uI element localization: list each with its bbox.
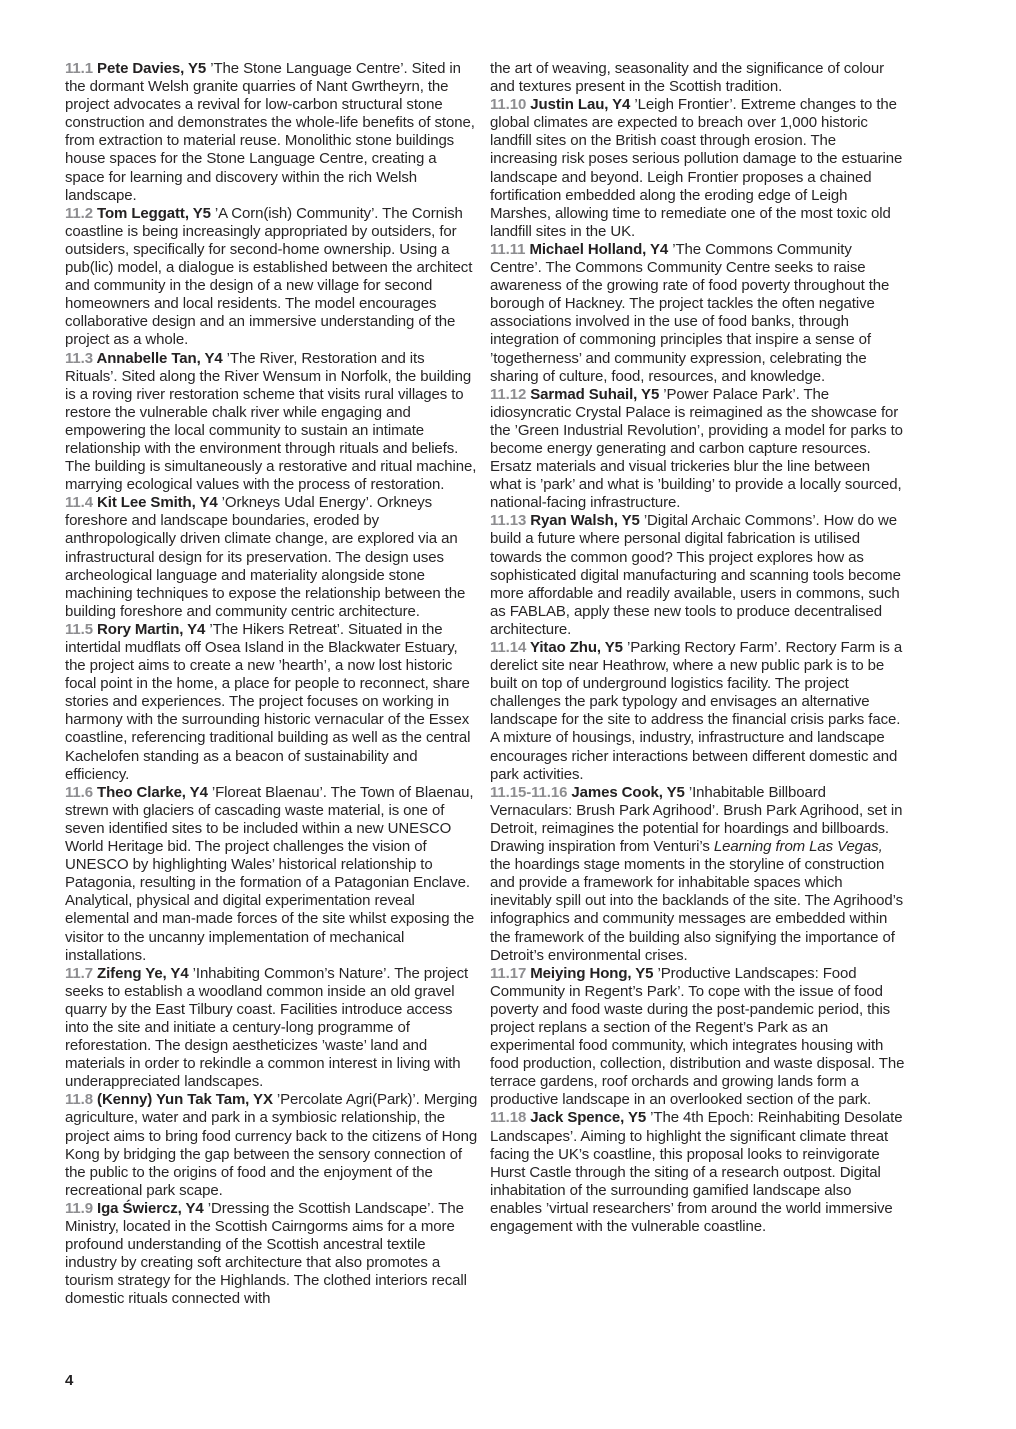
student-name: Tom Leggatt, Y5 [97, 205, 215, 222]
student-name: Yitao Zhu, Y5 [530, 639, 627, 656]
entry-number: 11.10 [490, 96, 530, 113]
entry-text-italic: Learning from Las Vegas, [714, 838, 883, 855]
entry-number: 11.17 [490, 965, 530, 982]
entry-paragraph: 11.10 Justin Lau, Y4 ’Leigh Frontier’. E… [490, 96, 905, 241]
entry-number: 11.1 [65, 60, 97, 77]
student-name: Theo Clarke, Y4 [97, 784, 212, 801]
entry-paragraph: 11.14 Yitao Zhu, Y5 ’Parking Rectory Far… [490, 639, 905, 784]
entry-number: 11.7 [65, 965, 97, 982]
entry-text: ’Leigh Frontier’. Extreme changes to the… [490, 96, 902, 240]
page-number: 4 [65, 1372, 73, 1389]
entry-paragraph: 11.8 (Kenny) Yun Tak Tam, YX ’Percolate … [65, 1091, 480, 1200]
entry-text: ’A Corn(ish) Community’. The Cornish coa… [65, 205, 472, 349]
entry-paragraph: 11.3 Annabelle Tan, Y4 ’The River, Resto… [65, 350, 480, 495]
student-name: Pete Davies, Y5 [97, 60, 210, 77]
entry-paragraph: 11.13 Ryan Walsh, Y5 ’Digital Archaic Co… [490, 512, 905, 639]
entry-paragraph: 11.4 Kit Lee Smith, Y4 ’Orkneys Udal Ene… [65, 494, 480, 621]
entry-paragraph: 11.12 Sarmad Suhail, Y5 ’Power Palace Pa… [490, 386, 905, 513]
entry-paragraph: the art of weaving, seasonality and the … [490, 60, 905, 96]
entry-text: ’The 4th Epoch: Reinhabiting Desolate La… [490, 1109, 902, 1235]
entry-paragraph: 11.2 Tom Leggatt, Y5 ’A Corn(ish) Commun… [65, 205, 480, 350]
entry-text: ’Parking Rectory Farm’. Rectory Farm is … [490, 639, 902, 783]
student-name: Ryan Walsh, Y5 [530, 512, 644, 529]
entry-text: ’Inhabiting Common’s Nature’. The projec… [65, 965, 468, 1091]
entry-number: 11.13 [490, 512, 530, 529]
text-column-left: 11.1 Pete Davies, Y5 ’The Stone Language… [65, 60, 480, 1308]
entry-text: ’The Stone Language Centre’. Sited in th… [65, 60, 475, 204]
entry-paragraph: 11.11 Michael Holland, Y4 ’The Commons C… [490, 241, 905, 386]
entry-paragraph: 11.1 Pete Davies, Y5 ’The Stone Language… [65, 60, 480, 205]
student-name: Annabelle Tan, Y4 [96, 350, 226, 367]
entry-number: 11.12 [490, 386, 530, 403]
entry-paragraph: 11.7 Zifeng Ye, Y4 ’Inhabiting Common’s … [65, 965, 480, 1092]
entry-number: 11.15-11.16 [490, 784, 571, 801]
entry-number: 11.18 [490, 1109, 530, 1126]
student-name: Rory Martin, Y4 [97, 621, 209, 638]
entry-number: 11.11 [490, 241, 529, 258]
entry-paragraph: 11.6 Theo Clarke, Y4 ’Floreat Blaenau’. … [65, 784, 480, 965]
student-name: Meiying Hong, Y5 [530, 965, 657, 982]
entry-paragraph: 11.18 Jack Spence, Y5 ’The 4th Epoch: Re… [490, 1109, 905, 1236]
entry-number: 11.4 [65, 494, 97, 511]
entry-paragraph: 11.5 Rory Martin, Y4 ’The Hikers Retreat… [65, 621, 480, 784]
entry-paragraph: 11.9 Iga Świercz, Y4 ’Dressing the Scott… [65, 1200, 480, 1309]
entry-text: the hoardings stage moments in the story… [490, 856, 903, 963]
entry-text: ’Floreat Blaenau’. The Town of Blaenau, … [65, 784, 474, 964]
entry-text: ’The Hikers Retreat’. Situated in the in… [65, 621, 470, 783]
student-name: Zifeng Ye, Y4 [97, 965, 193, 982]
entry-text: ’Digital Archaic Commons’. How do we bui… [490, 512, 901, 638]
student-name: Kit Lee Smith, Y4 [97, 494, 222, 511]
entry-number: 11.14 [490, 639, 530, 656]
student-name: Justin Lau, Y4 [530, 96, 634, 113]
entry-number: 11.3 [65, 350, 96, 367]
entry-number: 11.6 [65, 784, 97, 801]
student-name: Jack Spence, Y5 [530, 1109, 650, 1126]
entry-paragraph: 11.15-11.16 James Cook, Y5 ’Inhabitable … [490, 784, 905, 965]
entry-paragraph: 11.17 Meiying Hong, Y5 ’Productive Lands… [490, 965, 905, 1110]
student-name: Michael Holland, Y4 [529, 241, 672, 258]
entry-number: 11.9 [65, 1200, 97, 1217]
student-name: Sarmad Suhail, Y5 [530, 386, 663, 403]
entry-number: 11.8 [65, 1091, 97, 1108]
student-name: Iga Świercz, Y4 [97, 1200, 208, 1217]
entry-number: 11.2 [65, 205, 97, 222]
entry-text: ’Power Palace Park’. The idiosyncratic C… [490, 386, 903, 512]
entry-text: ’Orkneys Udal Energy’. Orkneys foreshore… [65, 494, 465, 620]
entry-number: 11.5 [65, 621, 97, 638]
document-page-body: 11.1 Pete Davies, Y5 ’The Stone Language… [65, 60, 905, 1308]
entry-text: ’The River, Restoration and its Rituals’… [65, 350, 476, 494]
entry-text: ’Productive Landscapes: Food Community i… [490, 965, 904, 1109]
student-name: James Cook, Y5 [571, 784, 688, 801]
text-column-right: the art of weaving, seasonality and the … [490, 60, 905, 1308]
entry-text: ’The Commons Community Centre’. The Comm… [490, 241, 889, 385]
entry-text: the art of weaving, seasonality and the … [490, 60, 884, 95]
student-name: (Kenny) Yun Tak Tam, YX [97, 1091, 277, 1108]
